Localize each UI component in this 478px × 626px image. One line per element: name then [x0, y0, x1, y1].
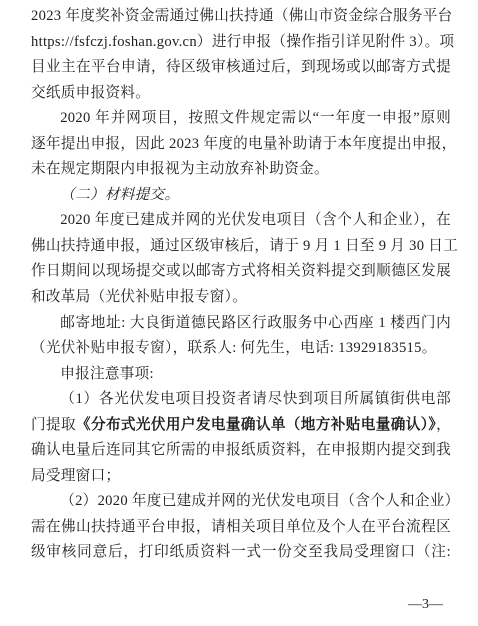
text-line: 交纸质申报资料。: [31, 81, 451, 107]
text-run: 目业主在平台申请，待区级审核通过后，到现场或以邮寄方式提: [31, 59, 451, 75]
text-run: https://fsfczj.foshan.gov.cn）进行申报（操作指引详见…: [31, 34, 454, 50]
text-line: 局受理窗口；: [31, 464, 451, 490]
text-run: ，: [436, 417, 451, 433]
text-line: （二）材料提交。: [31, 183, 451, 209]
text-run: 未在规定期限内申报视为主动放弃补助资金。: [31, 161, 329, 177]
text-run: 邮寄地址: 大良街道德民路区行政服务中心西座 1 楼西门内: [60, 315, 451, 331]
text-run: 门提取: [31, 417, 76, 433]
text-run: 确认电量后连同其它所需的申报纸质资料，在申报期内提交到我: [31, 442, 451, 458]
text-run: 级审核同意后，打印纸质资料一式一份交至我局受理窗口（注:: [31, 544, 451, 560]
document-page: 2023 年度奖补资金需通过佛山扶持通（佛山市资金综合服务平台https://f…: [0, 0, 478, 626]
text-run: （2）2020 年度已建成并网的光伏发电项目（含个人和企业）: [60, 493, 459, 509]
text-line: 佛山扶持通申报，通过区级审核后，请于 9 月 1 日至 9 月 30 日工: [31, 234, 451, 260]
text-run: （1）各光伏发电项目投资者请尽快到项目所属镇街供电部: [60, 391, 451, 407]
text-run: 交纸质申报资料。: [31, 85, 150, 101]
text-line: （2）2020 年度已建成并网的光伏发电项目（含个人和企业）: [31, 489, 451, 515]
text-line: 门提取《分布式光伏用户发电量确认单（地方补贴电量确认）》，: [31, 413, 451, 439]
text-line: 确认电量后连同其它所需的申报纸质资料，在申报期内提交到我: [31, 438, 451, 464]
text-line: 2020 年并网项目，按照文件规定需以“一年度一申报”原则: [31, 106, 451, 132]
text-line: （光伏补贴申报专窗），联系人: 何先生，电话: 13929183515。: [31, 336, 451, 362]
text-run: 需在佛山扶持通平台申报，请相关项目单位及个人在平台流程区: [31, 519, 451, 535]
text-run: 佛山扶持通申报，通过区级审核后，请于 9 月 1 日至 9 月 30 日工: [31, 238, 458, 254]
text-run: 申报注意事项:: [60, 366, 154, 382]
text-line: 2023 年度奖补资金需通过佛山扶持通（佛山市资金综合服务平台: [31, 4, 451, 30]
text-line: https://fsfczj.foshan.gov.cn）进行申报（操作指引详见…: [31, 30, 451, 56]
text-line: 未在规定期限内申报视为主动放弃补助资金。: [31, 157, 451, 183]
text-line: 邮寄地址: 大良街道德民路区行政服务中心西座 1 楼西门内: [31, 311, 451, 337]
text-run: 2020 年并网项目，按照文件规定需以“一年度一申报”原则: [60, 110, 451, 126]
text-line: 目业主在平台申请，待区级审核通过后，到现场或以邮寄方式提: [31, 55, 451, 81]
text-line: 作日期间以现场提交或以邮寄方式将相关资料提交到顺德区发展: [31, 259, 451, 285]
document-title-reference: 《分布式光伏用户发电量确认单（地方补贴电量确认）》: [76, 417, 436, 433]
text-line: 申报注意事项:: [31, 362, 451, 388]
page-footer: —3—: [408, 595, 443, 613]
text-run: 局受理窗口；: [31, 468, 120, 484]
text-line: 逐年提出申报，因此 2023 年度的电量补助请于本年度提出申报，: [31, 132, 451, 158]
text-run: 和改革局（光伏补贴申报专窗）。: [31, 289, 247, 305]
text-line: 和改革局（光伏补贴申报专窗）。: [31, 285, 451, 311]
page-number: —3—: [408, 597, 443, 612]
text-run: 作日期间以现场提交或以邮寄方式将相关资料提交到顺德区发展: [31, 263, 451, 279]
text-run: （光伏补贴申报专窗），联系人: 何先生，电话: 13929183515。: [31, 340, 437, 356]
text-line: （1）各光伏发电项目投资者请尽快到项目所属镇街供电部: [31, 387, 451, 413]
text-line: 级审核同意后，打印纸质资料一式一份交至我局受理窗口（注:: [31, 540, 451, 566]
text-run: 逐年提出申报，因此 2023 年度的电量补助请于本年度提出申报，: [31, 136, 457, 152]
text-line: 需在佛山扶持通平台申报，请相关项目单位及个人在平台流程区: [31, 515, 451, 541]
text-run: 2023 年度奖补资金需通过佛山扶持通（佛山市资金综合服务平台: [31, 8, 453, 24]
text-run: 2020 年度已建成并网的光伏发电项目（含个人和企业），在: [60, 212, 451, 228]
document-body: 2023 年度奖补资金需通过佛山扶持通（佛山市资金综合服务平台https://f…: [31, 4, 451, 566]
text-line: 2020 年度已建成并网的光伏发电项目（含个人和企业），在: [31, 208, 451, 234]
text-run: （二）材料提交。: [60, 187, 179, 203]
